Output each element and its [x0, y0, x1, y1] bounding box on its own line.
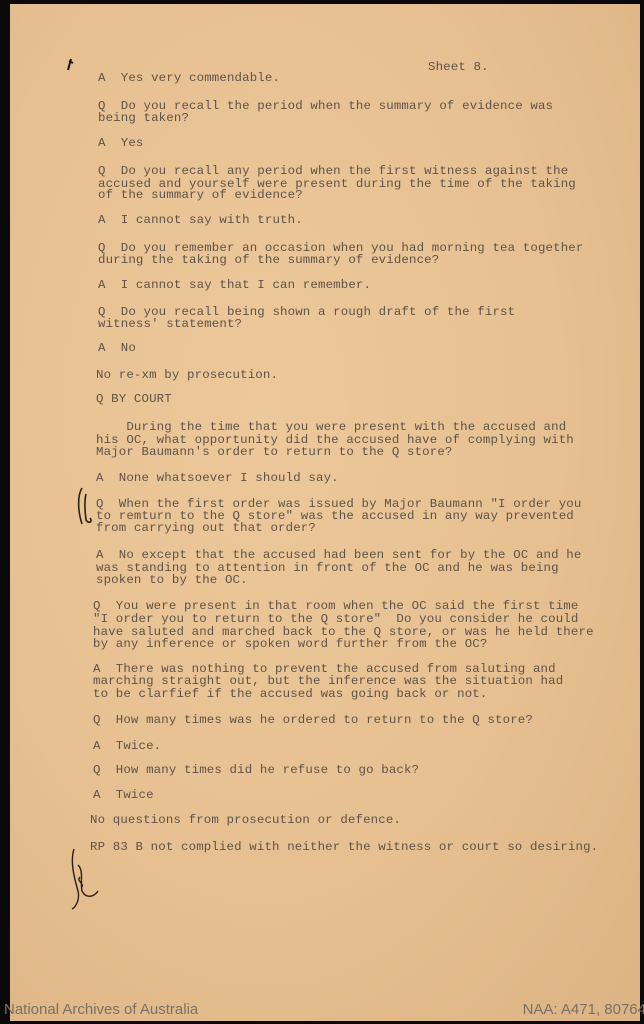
- handwritten-initials-mark: [68, 847, 108, 913]
- transcript-line: A None whatsoever I should say.: [96, 471, 339, 485]
- transcript-line: by any inference or spoken word further …: [93, 637, 487, 651]
- ink-speck-mark: [65, 58, 75, 72]
- transcript-line: A No except that the accused had been se…: [96, 548, 581, 562]
- transcript-line: from carrying out that order?: [96, 521, 316, 535]
- transcript-line: Q How many times did he refuse to go bac…: [93, 763, 419, 777]
- transcript-line: witness' statement?: [98, 317, 242, 331]
- transcript-line: A Yes very commendable.: [98, 71, 280, 85]
- transcript-line: A I cannot say that I can remember.: [98, 278, 371, 292]
- transcript-line: during the taking of the summary of evid…: [98, 253, 439, 267]
- archive-reference: NAA: A471, 80764: [523, 1001, 644, 1018]
- transcript-line: "I order you to return to the Q store" D…: [93, 612, 578, 626]
- document-page: Sheet 8. A Yes very commendable.Q Do you…: [10, 4, 640, 1021]
- transcript-line: Major Baumann's order to return to the Q…: [96, 445, 453, 459]
- transcript-line: spoken to by the OC.: [96, 573, 248, 587]
- transcript-line: A I cannot say with truth.: [98, 213, 303, 227]
- sheet-number: Sheet 8.: [428, 60, 489, 74]
- transcript-line: Q BY COURT: [96, 392, 172, 406]
- transcript-line: A No: [98, 341, 136, 355]
- archive-credit: National Archives of Australia: [4, 1001, 198, 1018]
- transcript-line: being taken?: [98, 111, 189, 125]
- transcript-line: A Yes: [98, 136, 144, 150]
- transcript-line: Q Do you recall any period when the firs…: [98, 164, 568, 178]
- transcript-line: RP 83 B not complied with neither the wi…: [90, 840, 598, 854]
- transcript-line: of the summary of evidence?: [98, 188, 303, 202]
- transcript-line: Q How many times was he ordered to retur…: [93, 713, 533, 727]
- transcript-line: Q You were present in that room when the…: [93, 599, 578, 613]
- transcript-line: During the time that you were present wi…: [96, 420, 566, 434]
- handwritten-margin-mark: [74, 486, 96, 530]
- transcript-line: A Twice.: [93, 739, 161, 753]
- transcript-line: marching straight out, but the inference…: [93, 674, 563, 688]
- transcript-line: No re-xm by prosecution.: [96, 368, 278, 382]
- transcript-line: A Twice: [93, 788, 154, 802]
- transcript-line: No questions from prosecution or defence…: [90, 813, 401, 827]
- transcript-line: to be clarfief if the accused was going …: [93, 687, 487, 701]
